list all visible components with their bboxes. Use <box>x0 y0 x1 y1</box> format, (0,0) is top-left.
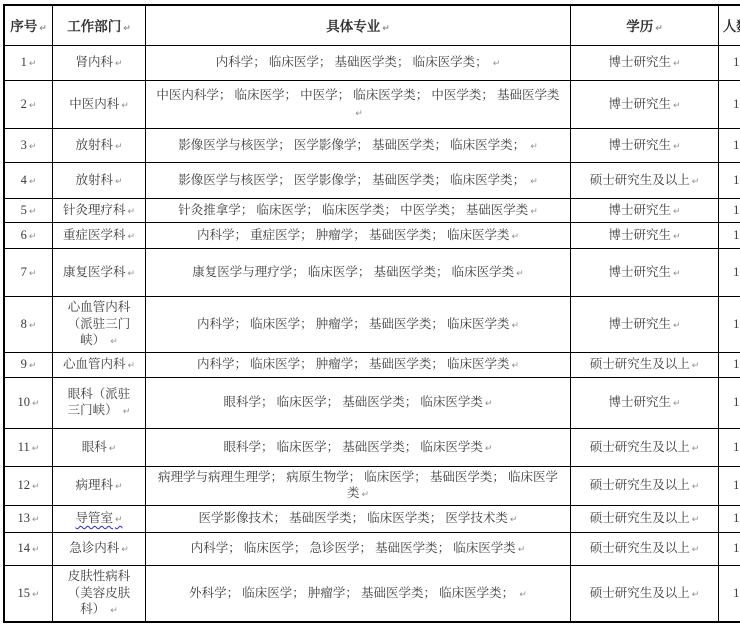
column-header-label: 工作部门 <box>67 19 131 34</box>
cell-text: 8 <box>21 317 37 331</box>
column-header-label: 人数 <box>723 19 740 34</box>
cell-text: 1 <box>733 357 740 371</box>
cell-text: 1 <box>733 586 740 600</box>
cell-degree: 硕士研究生及以上 <box>571 466 719 505</box>
cell-text: 1 <box>21 55 37 69</box>
cell-no: 7 <box>4 248 53 296</box>
cell-text: 13 <box>17 511 39 525</box>
cell-text: 针灸推拿学； 临床医学； 临床医学类； 中医学类； 基础医学类 <box>178 203 538 217</box>
table-row: 7康复医学科康复医学与理疗学； 临床医学； 基础医学类； 临床医学类博士研究生1 <box>4 248 740 296</box>
cell-no: 9 <box>4 352 53 377</box>
cell-text: 7 <box>21 265 37 279</box>
cell-majors: 内科学； 临床医学； 急诊医学； 基础医学类； 临床医学类 <box>146 532 571 565</box>
column-header-label: 学历 <box>626 19 663 34</box>
cell-text: 内科学； 临床医学； 急诊医学； 基础医学类； 临床医学类 <box>191 541 526 555</box>
cell-text: 康复医学与理疗学； 临床医学； 基础医学类； 临床医学类 <box>192 265 523 279</box>
cell-dept: 针灸理疗科 <box>53 198 146 222</box>
cell-text: 11 <box>18 440 40 454</box>
cell-count: 1 <box>719 198 740 222</box>
cell-count: 1 <box>719 352 740 377</box>
cell-text: 外科学； 临床医学； 肿瘤学； 基础医学类； 临床医学类； <box>189 586 527 600</box>
cell-count: 1 <box>719 80 740 128</box>
table-header: 序号工作部门具体专业学历人数 <box>4 5 740 45</box>
column-header-degree: 学历 <box>571 5 719 45</box>
cell-no: 13 <box>4 505 53 532</box>
document-page: 序号工作部门具体专业学历人数 1肾内科内科学； 临床医学； 基础医学类； 临床医… <box>0 0 740 623</box>
cell-text: 硕士研究生及以上 <box>590 541 700 555</box>
cell-text: 肾内科 <box>75 55 122 69</box>
cell-dept: 眼科（派驻三门峡） <box>53 377 146 428</box>
table-row: 3放射科影像医学与核医学； 医学影像学； 基础医学类； 临床医学类； 博士研究生… <box>4 128 740 162</box>
cell-majors: 外科学； 临床医学； 肿瘤学； 基础医学类； 临床医学类； <box>146 565 571 622</box>
cell-count: 1 <box>719 532 740 565</box>
cell-text: 1 <box>733 395 740 409</box>
column-header-count: 人数 <box>719 5 740 45</box>
table-row: 6重症医学科内科学； 重症医学； 肿瘤学； 基础医学类； 临床医学类博士研究生1 <box>4 222 740 248</box>
cell-text: 内科学； 重症医学； 肿瘤学； 基础医学类； 临床医学类 <box>197 228 519 242</box>
cell-dept: 皮肤性病科（美容皮肤科） <box>53 565 146 622</box>
cell-dept: 肾内科 <box>53 45 146 80</box>
cell-no: 15 <box>4 565 53 622</box>
cell-majors: 针灸推拿学； 临床医学； 临床医学类； 中医学类； 基础医学类 <box>146 198 571 222</box>
table-row: 10眼科（派驻三门峡） 眼科学； 临床医学； 基础医学类； 临床医学类博士研究生… <box>4 377 740 428</box>
column-header-no: 序号 <box>4 5 53 45</box>
cell-text: 内科学； 临床医学； 基础医学类； 临床医学类； <box>216 55 501 69</box>
cell-majors: 康复医学与理疗学； 临床医学； 基础医学类； 临床医学类 <box>146 248 571 296</box>
cell-dept: 病理科 <box>53 466 146 505</box>
table-row: 11眼科眼科学； 临床医学； 基础医学类； 临床医学类硕士研究生及以上1 <box>4 428 740 466</box>
cell-count: 1 <box>719 222 740 248</box>
cell-count: 1 <box>719 466 740 505</box>
cell-text: 2 <box>21 97 37 111</box>
cell-majors: 病理学与病理生理学； 病原生物学； 临床医学； 基础医学类； 临床医学类 <box>146 466 571 505</box>
cell-text: 10 <box>17 395 39 409</box>
cell-majors: 内科学； 临床医学； 肿瘤学； 基础医学类； 临床医学类 <box>146 296 571 352</box>
cell-majors: 内科学； 临床医学； 肿瘤学； 基础医学类； 临床医学类 <box>146 352 571 377</box>
column-header-majors: 具体专业 <box>146 5 571 45</box>
cell-count: 1 <box>719 428 740 466</box>
column-header-label: 序号 <box>10 19 47 34</box>
cell-text: 1 <box>733 203 740 217</box>
cell-text: 内科学； 临床医学； 肿瘤学； 基础医学类； 临床医学类 <box>197 317 519 331</box>
cell-degree: 博士研究生 <box>571 296 719 352</box>
cell-no: 6 <box>4 222 53 248</box>
cell-text: 1 <box>733 228 740 242</box>
cell-degree: 硕士研究生及以上 <box>571 565 719 622</box>
cell-text: 1 <box>733 317 740 331</box>
cell-text: 博士研究生 <box>608 228 680 242</box>
cell-majors: 影像医学与核医学； 医学影像学； 基础医学类； 临床医学类； <box>146 162 571 198</box>
cell-text: 硕士研究生及以上 <box>590 173 700 187</box>
cell-text: 1 <box>733 511 740 525</box>
table-row: 9心血管内科内科学； 临床医学； 肿瘤学； 基础医学类； 临床医学类硕士研究生及… <box>4 352 740 377</box>
cell-text: 病理科 <box>75 478 122 492</box>
cell-text: 眼科（派驻三门峡） <box>68 387 131 418</box>
table-row: 4放射科影像医学与核医学； 医学影像学； 基础医学类； 临床医学类； 硕士研究生… <box>4 162 740 198</box>
cell-text: 病理学与病理生理学； 病原生物学； 临床医学； 基础医学类； 临床医学类 <box>158 470 558 501</box>
cell-text: 放射科 <box>75 138 122 152</box>
table-row: 12病理科病理学与病理生理学； 病原生物学； 临床医学； 基础医学类； 临床医学… <box>4 466 740 505</box>
cell-dept: 康复医学科 <box>53 248 146 296</box>
cell-text: 博士研究生 <box>608 265 680 279</box>
cell-text: 1 <box>733 541 740 555</box>
cell-text: 硕士研究生及以上 <box>590 511 700 525</box>
cell-count: 1 <box>719 128 740 162</box>
cell-no: 12 <box>4 466 53 505</box>
cell-text: 12 <box>17 478 39 492</box>
cell-degree: 博士研究生 <box>571 198 719 222</box>
cell-dept: 眼科 <box>53 428 146 466</box>
column-header-label: 具体专业 <box>326 19 390 34</box>
cell-text: 内科学； 临床医学； 肿瘤学； 基础医学类； 临床医学类 <box>197 357 519 371</box>
cell-dept: 急诊内科 <box>53 532 146 565</box>
cell-text: 14 <box>17 541 39 555</box>
cell-degree: 硕士研究生及以上 <box>571 162 719 198</box>
cell-degree: 博士研究生 <box>571 128 719 162</box>
cell-dept: 放射科 <box>53 162 146 198</box>
cell-degree: 博士研究生 <box>571 45 719 80</box>
header-row: 序号工作部门具体专业学历人数 <box>4 5 740 45</box>
cell-text: 3 <box>21 138 37 152</box>
table-row: 8心血管内科（派驻三门峡） 内科学； 临床医学； 肿瘤学； 基础医学类； 临床医… <box>4 296 740 352</box>
cell-text: 眼科学； 临床医学； 基础医学类； 临床医学类 <box>224 395 493 409</box>
cell-degree: 博士研究生 <box>571 377 719 428</box>
cell-no: 4 <box>4 162 53 198</box>
cell-degree: 硕士研究生及以上 <box>571 352 719 377</box>
table-row: 14急诊内科内科学； 临床医学； 急诊医学； 基础医学类； 临床医学类硕士研究生… <box>4 532 740 565</box>
cell-text: 针灸理疗科 <box>63 203 135 217</box>
cell-text: 1 <box>733 138 740 152</box>
cell-majors: 内科学； 重症医学； 肿瘤学； 基础医学类； 临床医学类 <box>146 222 571 248</box>
cell-text: 影像医学与核医学； 医学影像学； 基础医学类； 临床医学类； <box>178 173 538 187</box>
cell-no: 3 <box>4 128 53 162</box>
table-row: 2中医内科中医内科学； 临床医学； 中医学； 临床医学类； 中医学类； 基础医学… <box>4 80 740 128</box>
cell-text: 博士研究生 <box>608 138 680 152</box>
cell-text: 9 <box>21 357 37 371</box>
table-row: 13导管室医学影像技术； 基础医学类； 临床医学类； 医学技术类硕士研究生及以上… <box>4 505 740 532</box>
cell-no: 5 <box>4 198 53 222</box>
cell-no: 14 <box>4 532 53 565</box>
cell-text: 博士研究生 <box>608 395 680 409</box>
cell-text: 1 <box>733 478 740 492</box>
cell-no: 11 <box>4 428 53 466</box>
cell-no: 1 <box>4 45 53 80</box>
cell-degree: 博士研究生 <box>571 80 719 128</box>
cell-count: 1 <box>719 248 740 296</box>
cell-text: 医学影像技术； 基础医学类； 临床医学类； 医学技术类 <box>199 511 518 525</box>
cell-text: 康复医学科 <box>63 265 135 279</box>
cell-text: 影像医学与核医学； 医学影像学； 基础医学类； 临床医学类； <box>178 138 538 152</box>
table-row: 5针灸理疗科针灸推拿学； 临床医学； 临床医学类； 中医学类； 基础医学类博士研… <box>4 198 740 222</box>
column-header-dept: 工作部门 <box>53 5 146 45</box>
cell-text: 中医内科学； 临床医学； 中医学； 临床医学类； 中医学类； 基础医学类 <box>156 88 559 119</box>
cell-text: 心血管内科（派驻三门峡） <box>68 300 131 347</box>
cell-dept: 重症医学科 <box>53 222 146 248</box>
cell-text: 放射科 <box>75 173 122 187</box>
cell-text: 博士研究生 <box>608 317 680 331</box>
cell-dept: 心血管内科 <box>53 352 146 377</box>
table-row: 15皮肤性病科（美容皮肤科） 外科学； 临床医学； 肿瘤学； 基础医学类； 临床… <box>4 565 740 622</box>
cell-text: 眼科学； 临床医学； 基础医学类； 临床医学类 <box>224 440 493 454</box>
cell-no: 2 <box>4 80 53 128</box>
cell-text: 4 <box>21 173 37 187</box>
cell-text: 1 <box>733 440 740 454</box>
cell-text: 中医内科 <box>69 97 129 111</box>
cell-text: 15 <box>17 586 39 600</box>
cell-text: 1 <box>733 265 740 279</box>
table-body: 1肾内科内科学； 临床医学； 基础医学类； 临床医学类； 博士研究生12中医内科… <box>4 45 740 622</box>
cell-no: 10 <box>4 377 53 428</box>
table-row: 1肾内科内科学； 临床医学； 基础医学类； 临床医学类； 博士研究生1 <box>4 45 740 80</box>
cell-text: 5 <box>21 203 37 217</box>
cell-count: 1 <box>719 505 740 532</box>
cell-dept: 放射科 <box>53 128 146 162</box>
cell-count: 1 <box>719 377 740 428</box>
recruitment-table: 序号工作部门具体专业学历人数 1肾内科内科学； 临床医学； 基础医学类； 临床医… <box>3 4 740 623</box>
cell-count: 1 <box>719 565 740 622</box>
cell-text: 6 <box>21 228 37 242</box>
cell-text: 硕士研究生及以上 <box>590 440 700 454</box>
cell-text: 硕士研究生及以上 <box>590 478 700 492</box>
cell-text: 1 <box>733 97 740 111</box>
cell-text: 博士研究生 <box>608 203 680 217</box>
cell-degree: 硕士研究生及以上 <box>571 428 719 466</box>
cell-majors: 眼科学； 临床医学； 基础医学类； 临床医学类 <box>146 428 571 466</box>
cell-count: 1 <box>719 162 740 198</box>
cell-text: 心血管内科 <box>63 357 135 371</box>
cell-count: 1 <box>719 45 740 80</box>
cell-text: 导管室 <box>75 511 122 525</box>
cell-no: 8 <box>4 296 53 352</box>
cell-majors: 影像医学与核医学； 医学影像学； 基础医学类； 临床医学类； <box>146 128 571 162</box>
cell-dept: 导管室 <box>53 505 146 532</box>
cell-dept: 中医内科 <box>53 80 146 128</box>
cell-degree: 硕士研究生及以上 <box>571 505 719 532</box>
cell-majors: 中医内科学； 临床医学； 中医学； 临床医学类； 中医学类； 基础医学类 <box>146 80 571 128</box>
cell-majors: 内科学； 临床医学； 基础医学类； 临床医学类； <box>146 45 571 80</box>
cell-text: 博士研究生 <box>608 55 680 69</box>
cell-text: 眼科 <box>82 440 117 454</box>
cell-text: 博士研究生 <box>608 97 680 111</box>
cell-text: 1 <box>733 55 740 69</box>
cell-degree: 硕士研究生及以上 <box>571 532 719 565</box>
cell-text: 硕士研究生及以上 <box>590 357 700 371</box>
cell-text: 重症医学科 <box>63 228 135 242</box>
cell-text: 急诊内科 <box>69 541 129 555</box>
cell-text: 硕士研究生及以上 <box>590 586 700 600</box>
cell-text: 皮肤性病科（美容皮肤科） <box>68 569 131 616</box>
cell-text: 1 <box>733 173 740 187</box>
cell-count: 1 <box>719 296 740 352</box>
cell-degree: 博士研究生 <box>571 222 719 248</box>
cell-dept: 心血管内科（派驻三门峡） <box>53 296 146 352</box>
cell-majors: 眼科学； 临床医学； 基础医学类； 临床医学类 <box>146 377 571 428</box>
cell-majors: 医学影像技术； 基础医学类； 临床医学类； 医学技术类 <box>146 505 571 532</box>
cell-degree: 博士研究生 <box>571 248 719 296</box>
